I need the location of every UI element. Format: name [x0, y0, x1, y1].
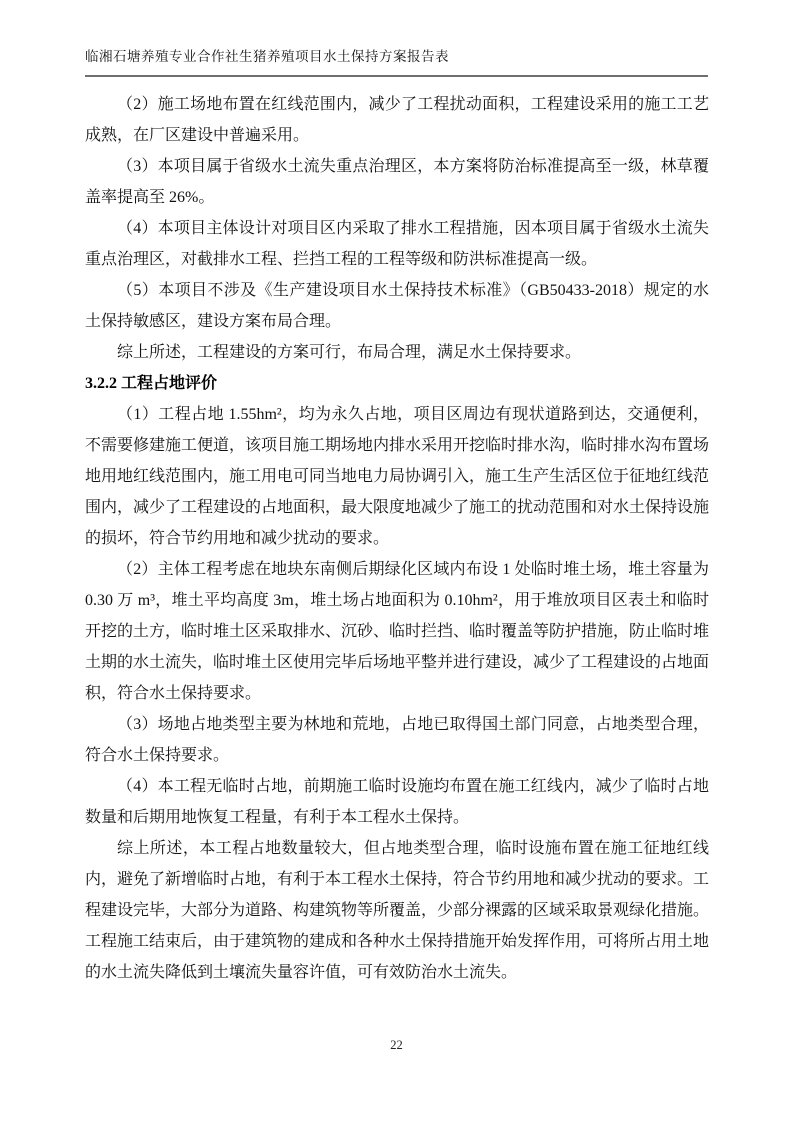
paragraph-b3: （3）场地占地类型主要为林地和荒地，占地已取得国土部门同意，占地类型合理，符合水… [85, 709, 709, 771]
paragraph-b1: （1）工程占地 1.55hm²，均为永久占地，项目区周边有现状道路到达，交通便利… [85, 399, 709, 554]
paragraph-a4: （4）本项目主体设计对项目区内采取了排水工程措施，因本项目属于省级水土流失重点治… [85, 213, 709, 275]
section-heading: 3.2.2 工程占地评价 [85, 368, 709, 399]
paragraph-a-summary: 综上所述，工程建设的方案可行，布局合理，满足水土保持要求。 [85, 337, 709, 368]
paragraph-a3: （3）本项目属于省级水土流失重点治理区，本方案将防治标准提高至一级，林草覆盖率提… [85, 151, 709, 213]
paragraph-a2: （2）施工场地布置在红线范围内，减少了工程扰动面积，工程建设采用的施工工艺成熟，… [85, 89, 709, 151]
paragraph-b-summary: 综上所述，本工程占地数量较大，但占地类型合理，临时设施布置在施工征地红线内，避免… [85, 833, 709, 988]
paragraph-b2: （2）主体工程考虑在地块东南侧后期绿化区域内布设 1 处临时堆土场，堆土容量为 … [85, 554, 709, 709]
page-header: 临湘石塘养殖专业合作社生猪养殖项目水土保持方案报告表 [85, 47, 708, 77]
page-number: 22 [390, 1038, 403, 1052]
paragraph-a5: （5）本项目不涉及《生产建设项目水土保持技术标准》（GB50433-2018）规… [85, 275, 709, 337]
paragraph-b4: （4）本工程无临时占地，前期施工临时设施均布置在施工红线内，减少了临时占地数量和… [85, 771, 709, 833]
document-page: 临湘石塘养殖专业合作社生猪养殖项目水土保持方案报告表 （2）施工场地布置在红线范… [0, 0, 793, 1122]
page-footer: 22 [0, 1036, 793, 1054]
header-title: 临湘石塘养殖专业合作社生猪养殖项目水土保持方案报告表 [85, 47, 708, 77]
document-body: （2）施工场地布置在红线范围内，减少了工程扰动面积，工程建设采用的施工工艺成熟，… [85, 89, 709, 988]
